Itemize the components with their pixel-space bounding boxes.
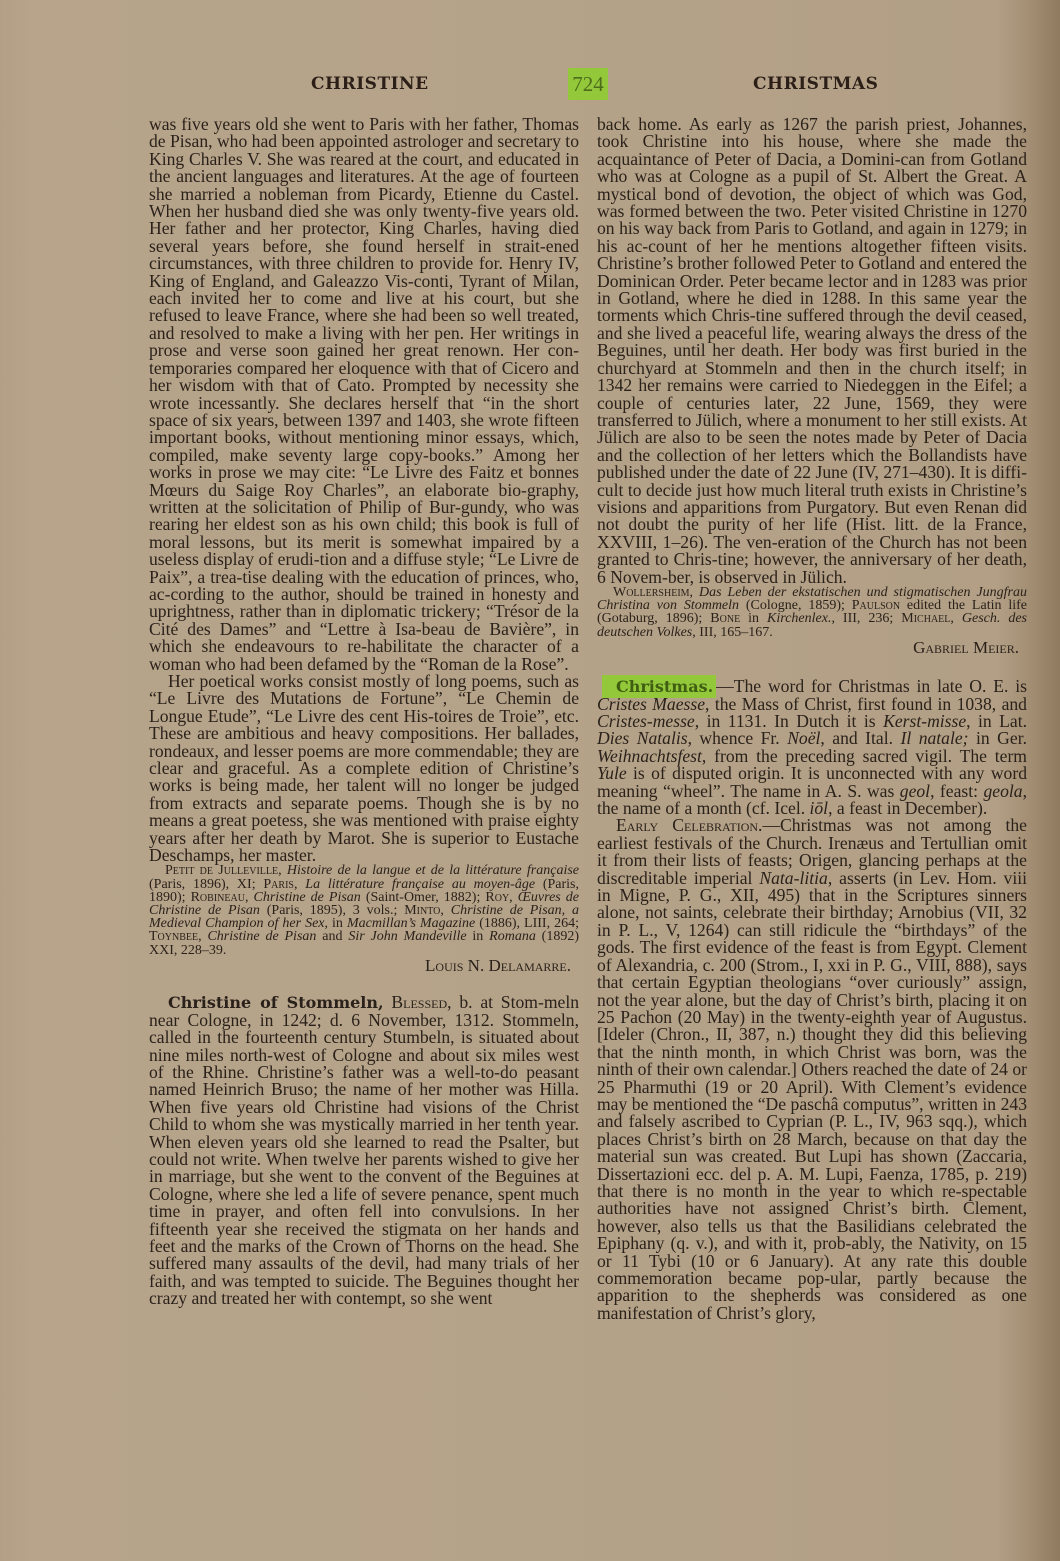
article-separator [149, 974, 579, 994]
pisan-paragraph-2: Her poetical works consist mostly of lon… [149, 673, 579, 864]
right-running-head: CHRISTMAS [753, 74, 878, 94]
stommeln-article-start: Christine of Stommeln, Blessed, b. at St… [149, 994, 579, 1307]
right-column: back home. As early as 1267 the parish p… [597, 116, 1027, 1322]
pisan-paragraph-1: was five years old she went to Paris wit… [149, 116, 579, 673]
stommeln-author-signature: Gabriel Meier. [597, 639, 1027, 656]
left-column: was five years old she went to Paris wit… [149, 116, 579, 1308]
pisan-author-signature: Louis N. Delamarre. [149, 957, 579, 974]
stommeln-bibliography: Wollersheim, Das Leben der ekstatischen … [597, 586, 1027, 639]
running-header: CHRISTINE 724 CHRISTMAS [0, 74, 1060, 100]
pisan-bibliography: Petit de Julleville, Histoire de la lang… [149, 864, 579, 956]
page-number: 724 [568, 68, 608, 100]
stommeln-paragraph-continued: back home. As early as 1267 the parish p… [597, 116, 1027, 586]
left-running-head: CHRISTINE [311, 74, 429, 94]
christmas-paragraph-1: Christmas.—The word for Christmas in lat… [597, 678, 1027, 817]
christmas-early-celebration: Early Celebration.—Christmas was not amo… [597, 817, 1027, 1322]
